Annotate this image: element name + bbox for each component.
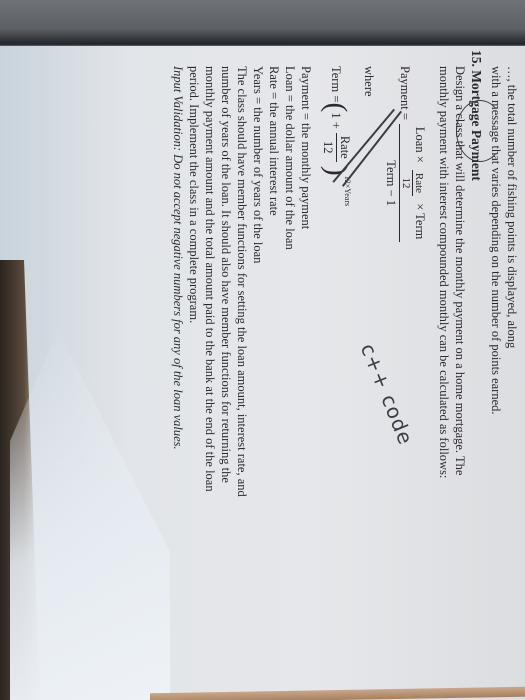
previous-problem-tail: …, the total number of fishing points is… <box>504 50 520 610</box>
term-lhs: Term = <box>329 66 345 102</box>
body-line-1: The class should have member functions f… <box>234 50 250 610</box>
close-paren: ) <box>322 166 352 176</box>
payment-formula: Payment = Loan × Rate 12 × Term Term − 1 <box>383 66 428 610</box>
open-paren: ( <box>322 102 352 112</box>
rate-den: 12 <box>400 177 412 188</box>
term-formula: Term = ( 1 + Rate 12 ) 12×Years <box>320 66 353 610</box>
body-line-4: period. Implement the class in a complet… <box>186 50 202 610</box>
intro-line-2: monthly payment with interest compounded… <box>436 50 452 610</box>
validation-label: Input Validation: <box>171 66 185 151</box>
input-validation: Input Validation: Do not accept negative… <box>170 50 186 610</box>
background-surface <box>0 0 525 48</box>
definition-payment: Payment = the monthly payment <box>298 50 314 610</box>
payment-numerator: Loan × Rate 12 × Term <box>399 124 428 242</box>
rate-num: Rate <box>412 170 425 196</box>
numerator-right: × Term <box>413 203 427 239</box>
body-line-3: monthly payment amount and the total amo… <box>202 50 218 610</box>
payment-fraction: Loan × Rate 12 × Term Term − 1 <box>383 124 428 242</box>
rate-fraction: Rate 12 <box>400 170 425 196</box>
validation-text: Do not accept negative numbers for any o… <box>171 154 185 449</box>
definition-years: Years = the number of years of the loan <box>250 50 266 610</box>
problem-number: 15. <box>469 50 484 67</box>
term-rate-fraction: Rate 12 <box>320 133 353 162</box>
term-inner: 1 + <box>329 112 345 128</box>
term-rate-num: Rate <box>336 133 353 162</box>
body-line-2: number of years of the loan. It should a… <box>218 50 234 610</box>
handwritten-circle <box>456 100 504 162</box>
term-rate-den: 12 <box>320 141 336 154</box>
payment-denominator: Term − 1 <box>383 160 399 206</box>
definition-loan: Loan = the dollar amount of the loan <box>282 50 298 610</box>
definition-rate: Rate = the annual interest rate <box>266 50 282 610</box>
numerator-left: Loan × <box>413 127 427 163</box>
